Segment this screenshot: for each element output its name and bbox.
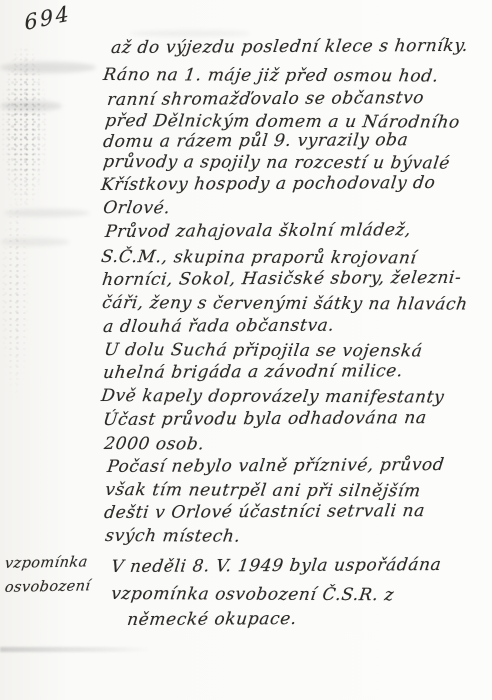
scan-smudge <box>0 238 70 246</box>
manuscript-line: Počasí nebylo valně příznivé, průvod <box>106 455 445 477</box>
manuscript-line: průvody a spojily na rozcestí u bývalé <box>102 152 451 174</box>
scan-smudge <box>0 101 62 111</box>
manuscript-line: německé okupace. <box>126 609 298 630</box>
manuscript-line: vzpomínka osvobození Č.S.R. z <box>110 584 395 605</box>
manuscript-line: 2000 osob. <box>103 434 206 454</box>
scanned-manuscript-page: 694 až do výjezdu poslední klece s horní… <box>0 0 492 700</box>
manuscript-line: dešti v Orlové účastníci setrvali na <box>103 501 426 523</box>
scan-smudge <box>0 62 96 73</box>
manuscript-line: uhelná brigáda a závodní milice. <box>102 361 404 383</box>
manuscript-line: Ráno na 1. máje již před osmou hod. <box>102 65 440 86</box>
manuscript-line: až do výjezdu poslední klece s horníky. <box>110 36 469 58</box>
margin-note-line: osvobození <box>4 578 101 596</box>
manuscript-line: domu a rázem půl 9. vyrazily oba <box>102 130 410 152</box>
manuscript-line: S.Č.M., skupina praporů krojovaní <box>100 247 418 268</box>
page-number: 694 <box>23 1 72 35</box>
scan-streak <box>0 647 152 652</box>
manuscript-line: Křístkovy hospody a pochodovaly do <box>100 173 437 195</box>
manuscript-line: horníci, Sokol, Hasičské sbory, železni- <box>101 268 463 290</box>
scan-noise-edge <box>0 190 30 400</box>
manuscript-line: Účast průvodu byla odhadována na <box>102 408 428 430</box>
manuscript-line: však tím neutrpěl ani při silnějším <box>104 480 422 501</box>
scan-noise-corner <box>0 42 48 212</box>
manuscript-line: čáři, ženy s červenými šátky na hlavách <box>101 293 469 315</box>
manuscript-line: Orlové. <box>102 198 172 218</box>
manuscript-line: ranní shromažďovalo se občanstvo <box>106 88 425 110</box>
margin-note-line: vzpomínka <box>4 554 101 572</box>
scan-smudge <box>4 209 90 217</box>
manuscript-line: Průvod zahajovala školní mládež, <box>104 220 412 242</box>
margin-note: vzpomínka osvobození <box>5 555 100 603</box>
manuscript-line: a dlouhá řada občanstva. <box>102 316 336 337</box>
manuscript-line: Dvě kapely doprovázely manifestanty <box>100 386 446 407</box>
manuscript-line: U dolu Suchá připojila se vojenská <box>103 340 424 361</box>
scan-smudge <box>130 30 250 37</box>
manuscript-line: svých místech. <box>104 526 242 547</box>
manuscript-line: V neděli 8. V. 1949 byla uspořádána <box>110 555 443 577</box>
